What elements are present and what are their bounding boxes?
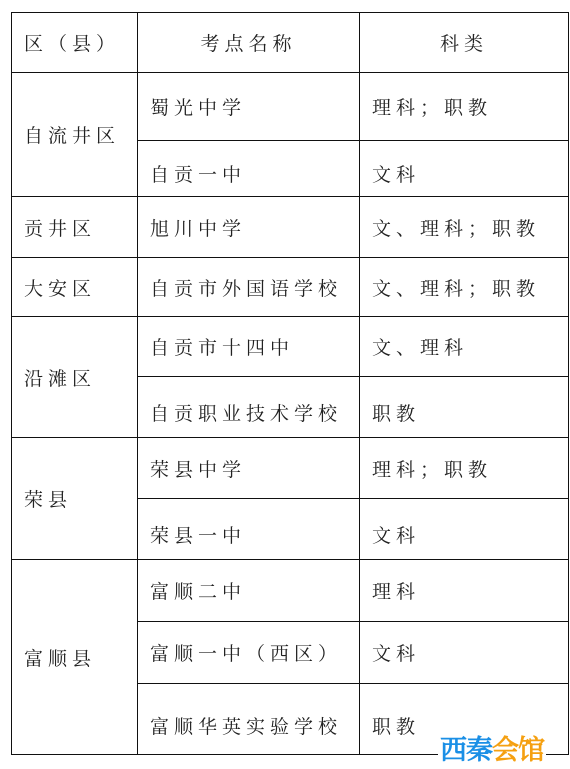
header-district: 区（县） xyxy=(12,13,138,73)
site-name-cell: 富顺二中 xyxy=(138,560,360,622)
watermark-part2: 会馆 xyxy=(492,728,544,767)
header-subjects: 科类 xyxy=(360,13,569,73)
site-name-cell: 旭川中学 xyxy=(138,197,360,258)
site-name-cell: 荣县一中 xyxy=(138,499,360,560)
subjects-cell: 文、理科 xyxy=(360,317,569,377)
site-name-cell: 富顺一中（西区） xyxy=(138,622,360,684)
district-cell: 自流井区 xyxy=(12,73,138,197)
watermark-part1: 西秦 xyxy=(440,728,492,767)
table-row: 自流井区 蜀光中学 理科；职教 xyxy=(12,73,569,141)
subjects-cell: 文、理科；职教 xyxy=(360,197,569,258)
watermark-logo: 西秦 会馆 xyxy=(438,731,546,763)
district-cell: 荣县 xyxy=(12,438,138,560)
site-name-cell: 荣县中学 xyxy=(138,438,360,499)
site-name-cell: 自贡职业技术学校 xyxy=(138,377,360,438)
exam-site-table: 区（县） 考点名称 科类 自流井区 蜀光中学 理科；职教 自贡一中 文科 贡井区… xyxy=(11,12,569,755)
subjects-cell: 文科 xyxy=(360,622,569,684)
subjects-cell: 文、理科；职教 xyxy=(360,258,569,317)
subjects-cell: 职教 xyxy=(360,377,569,438)
district-cell: 大安区 xyxy=(12,258,138,317)
site-name-cell: 自贡市外国语学校 xyxy=(138,258,360,317)
site-name-cell: 自贡一中 xyxy=(138,141,360,197)
subjects-cell: 文科 xyxy=(360,499,569,560)
table-row: 沿滩区 自贡市十四中 文、理科 xyxy=(12,317,569,377)
subjects-cell: 文科 xyxy=(360,141,569,197)
site-name-cell: 蜀光中学 xyxy=(138,73,360,141)
district-cell: 贡井区 xyxy=(12,197,138,258)
table-row: 大安区 自贡市外国语学校 文、理科；职教 xyxy=(12,258,569,317)
table-row: 荣县 荣县中学 理科；职教 xyxy=(12,438,569,499)
site-name-cell: 富顺华英实验学校 xyxy=(138,684,360,755)
header-site-name: 考点名称 xyxy=(138,13,360,73)
district-cell: 富顺县 xyxy=(12,560,138,755)
subjects-cell: 理科；职教 xyxy=(360,73,569,141)
table-row: 富顺县 富顺二中 理科 xyxy=(12,560,569,622)
site-name-cell: 自贡市十四中 xyxy=(138,317,360,377)
header-row: 区（县） 考点名称 科类 xyxy=(12,13,569,73)
district-cell: 沿滩区 xyxy=(12,317,138,438)
subjects-cell: 理科；职教 xyxy=(360,438,569,499)
table-row: 贡井区 旭川中学 文、理科；职教 xyxy=(12,197,569,258)
subjects-cell: 理科 xyxy=(360,560,569,622)
